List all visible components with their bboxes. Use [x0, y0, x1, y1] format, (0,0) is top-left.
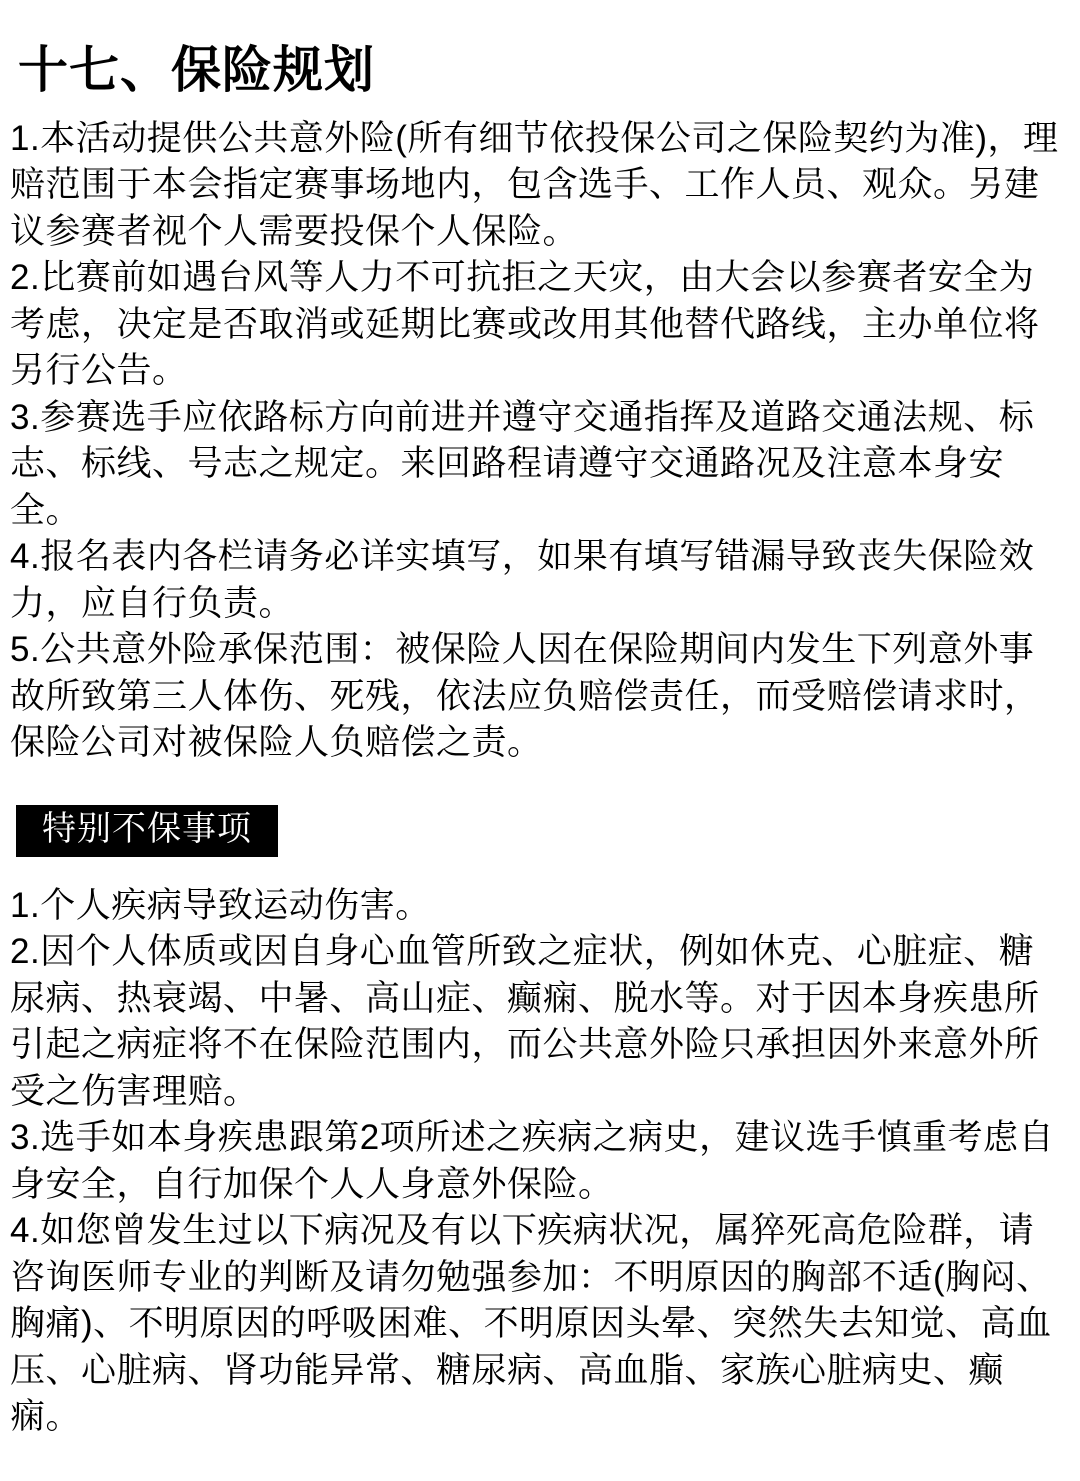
special-exclusions-badge: 特别不保事项 — [16, 805, 278, 857]
rule-item-5: 5.公共意外险承保范围：被保险人因在保险期间内发生下列意外事故所致第三人体伤、死… — [10, 627, 1066, 767]
rule-item-4: 4.报名表内各栏请务必详实填写，如果有填写错漏导致丧失保险效力，应自行负责。 — [10, 534, 1066, 627]
exclusion-item-2: 2.因个人体质或因自身心血管所致之症状，例如休克、心脏症、糖尿病、热衰竭、中暑、… — [10, 929, 1066, 1115]
exclusions-list: 1.个人疾病导致运动伤害。 2.因个人体质或因自身心血管所致之症状，例如休克、心… — [10, 883, 1066, 1441]
rule-item-1: 1.本活动提供公共意外险(所有细节依投保公司之保险契约为准)，理赔范围于本会指定… — [10, 116, 1066, 256]
page-title: 十七、保险规划 — [18, 42, 1066, 100]
special-exclusions-badge-label: 特别不保事项 — [42, 810, 252, 848]
exclusion-item-3: 3.选手如本身疾患跟第2项所述之疾病之病史，建议选手慎重考虑自身安全，自行加保个… — [10, 1115, 1066, 1208]
insurance-rules-list: 1.本活动提供公共意外险(所有细节依投保公司之保险契约为准)，理赔范围于本会指定… — [10, 116, 1066, 767]
rule-item-3: 3.参赛选手应依路标方向前进并遵守交通指挥及道路交通法规、标志、标线、号志之规定… — [10, 395, 1066, 535]
exclusion-item-1: 1.个人疾病导致运动伤害。 — [10, 883, 1066, 930]
rule-item-2: 2.比赛前如遇台风等人力不可抗拒之天灾，由大会以参赛者安全为考虑，决定是否取消或… — [10, 255, 1066, 395]
exclusion-item-4: 4.如您曾发生过以下病况及有以下疾病状况，属猝死高危险群，请咨询医师专业的判断及… — [10, 1208, 1066, 1441]
insurance-planning-document: 十七、保险规划 1.本活动提供公共意外险(所有细节依投保公司之保险契约为准)，理… — [0, 0, 1080, 1481]
